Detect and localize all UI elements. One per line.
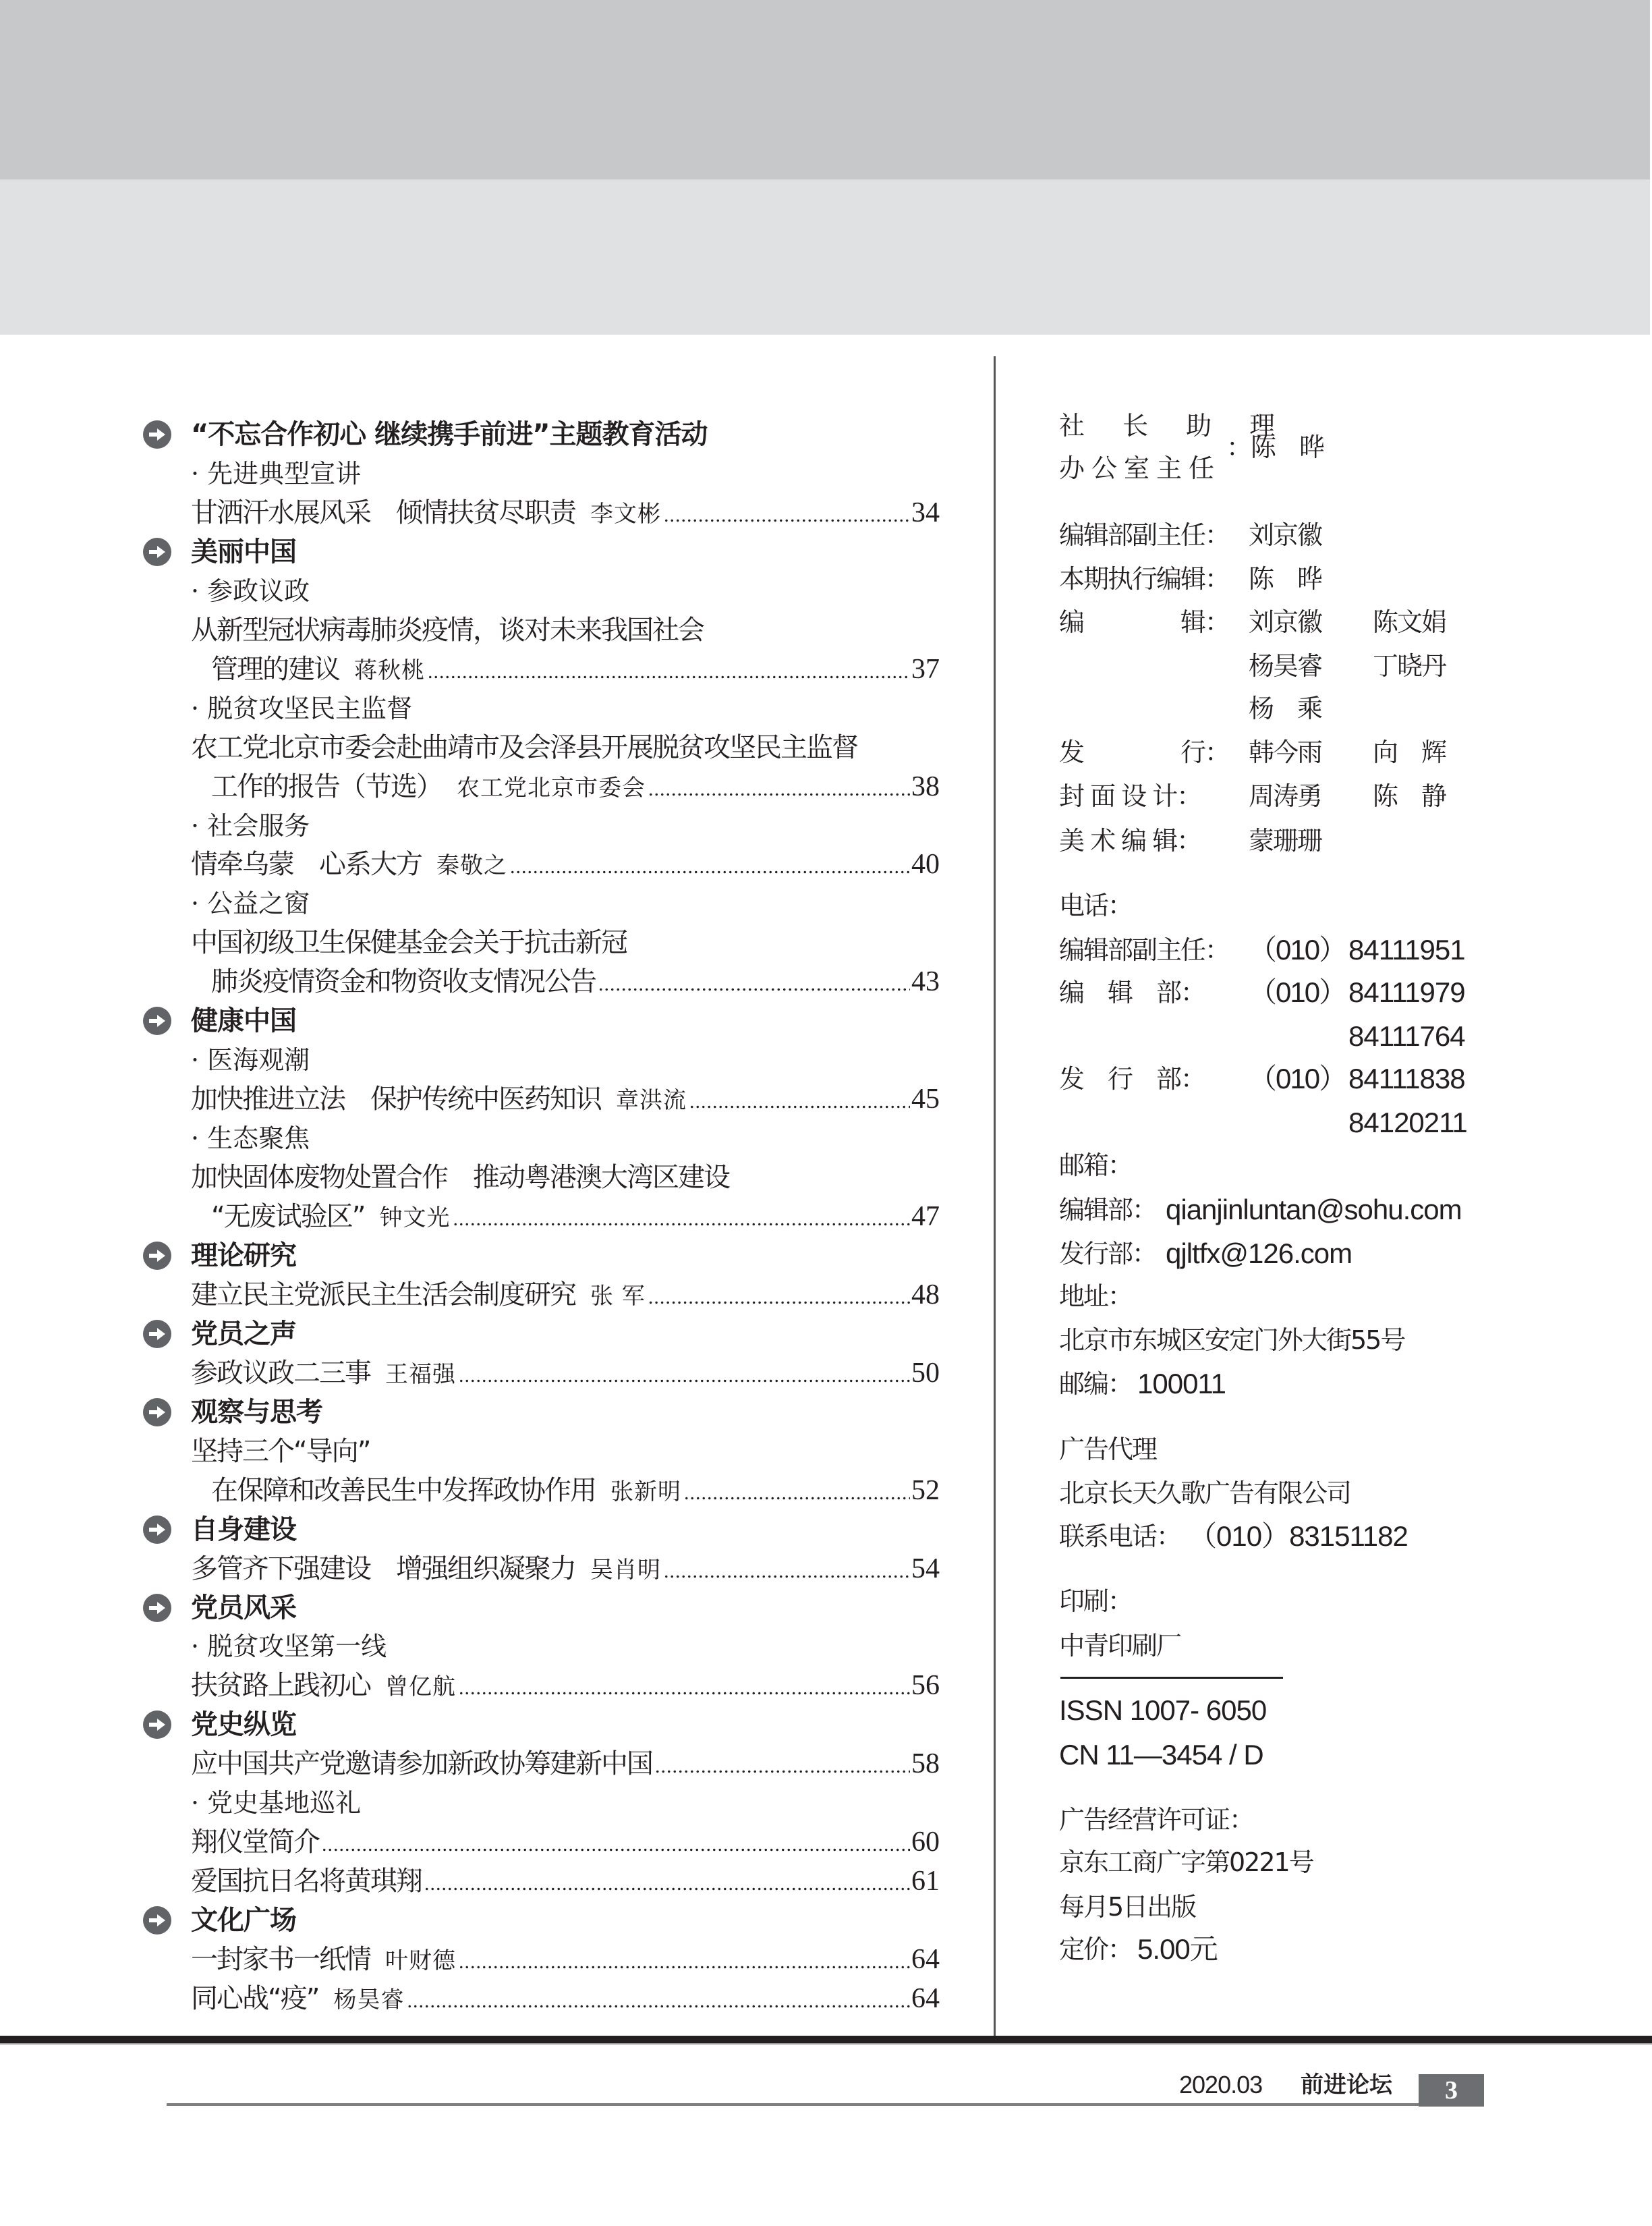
footer-issue: 2020.03 [1179, 2065, 1262, 2105]
article-author: 杨昊睿 [333, 1983, 404, 2017]
dot-leader [510, 850, 910, 884]
page-ref[interactable]: 45 [911, 1082, 940, 1116]
toc-entry[interactable]: 在保障和改善民生中发挥政协作用张新明52 [191, 1474, 940, 1507]
dot-leader [664, 499, 910, 532]
article-title: 加快固体废物处置合作 推动粤港澳大湾区建设 [191, 1161, 729, 1194]
toc-subsection-label: · 先进典型宣讲 [191, 457, 940, 491]
article-title: 中国初级卫生保健基金会关于抗击新冠 [191, 926, 627, 959]
phone-number: 84111951 [1348, 933, 1465, 967]
toc-entry[interactable]: 应中国共产党邀请参加新政协筹建新中国58 [191, 1747, 940, 1781]
arrow-right-circle-icon [143, 1515, 171, 1544]
arrow-right-circle-icon [143, 1398, 171, 1426]
ad-agent-name: 北京长天久歌广告有限公司 [1059, 1476, 1350, 1510]
price-value: 5.00元 [1137, 1932, 1218, 1966]
dot-leader [648, 773, 910, 806]
article-title: 一封家书一纸情 [191, 1943, 370, 1976]
publish-schedule: 每月5日出版 [1059, 1890, 1195, 1924]
phone-area-code: （010） [1249, 1062, 1346, 1096]
toc-entry[interactable]: 扶贫路上践初心曾亿航56 [191, 1669, 940, 1702]
arrow-right-circle-icon [143, 1320, 171, 1348]
printer-divider-rule [1060, 1677, 1283, 1679]
toc-entry[interactable]: 加快推进立法 保护传统中医药知识章洪流45 [191, 1082, 940, 1116]
dot-leader [322, 1828, 910, 1862]
staff-role-label: 发 行： [1059, 735, 1229, 769]
toc-section-heading[interactable]: “不忘合作初心 继续携手前进”主题教育活动 [191, 418, 940, 451]
staff-name: 丁晓丹 [1373, 649, 1446, 683]
dot-leader [428, 655, 910, 689]
staff-name: 刘京徽 [1249, 518, 1321, 552]
article-title: 应中国共产党邀请参加新政协筹建新中国 [191, 1747, 652, 1781]
page-ref[interactable]: 38 [911, 770, 940, 804]
article-author: 农工党北京市委会 [457, 771, 646, 805]
arrow-right-circle-icon [143, 1710, 171, 1739]
article-author: 张 军 [590, 1279, 646, 1313]
toc-entry[interactable]: 管理的建议蒋秋桃37 [191, 652, 940, 686]
toc-subsection-label: · 脱贫攻坚民主监督 [191, 692, 940, 725]
toc-article-title-line[interactable]: 中国初级卫生保健基金会关于抗击新冠 [191, 926, 940, 959]
toc-subsection-label: · 党史基地巡礼 [191, 1786, 940, 1820]
assistant-name: ：陈 晔 [1226, 430, 1323, 464]
toc-entry[interactable]: 翔仪堂简介60 [191, 1825, 940, 1859]
toc-subsection-label: · 社会服务 [191, 809, 940, 843]
article-author: 吴肖明 [590, 1553, 661, 1587]
article-title: 参政议政二三事 [191, 1356, 370, 1390]
arrow-right-circle-icon [143, 420, 171, 449]
page-ref[interactable]: 54 [911, 1552, 940, 1586]
page-ref[interactable]: 52 [911, 1474, 940, 1507]
phone-number: 84111764 [1348, 1020, 1465, 1053]
header-band-light [0, 179, 1650, 335]
dot-leader [453, 1202, 910, 1236]
page-ref[interactable]: 34 [911, 496, 940, 530]
printer-name: 中青印刷厂 [1059, 1629, 1180, 1663]
staff-name: 陈文娟 [1373, 605, 1446, 639]
phone-label: 编辑部副主任： [1059, 933, 1229, 967]
phone-area-code: （010） [1249, 976, 1346, 1009]
page-number: 3 [1419, 2074, 1484, 2107]
cn-number: CN 11—3454 / D [1059, 1738, 1263, 1772]
toc-section-heading[interactable]: 党史纵览 [191, 1708, 940, 1742]
email-label: 发行部： [1059, 1237, 1156, 1271]
postcode-label: 邮编： [1059, 1367, 1132, 1401]
toc-section-heading[interactable]: 自身建设 [191, 1513, 940, 1547]
toc-entry[interactable]: 多管齐下强建设 增强组织凝聚力吴肖明54 [191, 1552, 940, 1586]
article-author: 王福强 [385, 1358, 456, 1391]
article-title: 同心战“疫” [191, 1982, 318, 2015]
page-ref[interactable]: 43 [911, 965, 940, 999]
toc-section-heading[interactable]: 观察与思考 [191, 1395, 940, 1429]
arrow-right-circle-icon [143, 1906, 171, 1935]
phone-heading: 电话： [1059, 889, 1132, 922]
article-title: 多管齐下强建设 增强组织凝聚力 [191, 1552, 575, 1586]
toc-entry[interactable]: 建立民主党派民主生活会制度研究张 军48 [191, 1278, 940, 1312]
staff-role-label: 本期执行编辑： [1059, 562, 1229, 596]
dot-leader [664, 1555, 910, 1588]
print-heading: 印刷： [1059, 1584, 1132, 1618]
article-title: 翔仪堂简介 [191, 1825, 319, 1859]
article-author: 钟文光 [379, 1201, 450, 1235]
article-author: 叶财德 [385, 1944, 456, 1978]
price-label: 定价： [1059, 1932, 1132, 1966]
toc-entry[interactable]: 肺炎疫情资金和物资收支情况公告43 [191, 965, 940, 999]
page-ref[interactable]: 61 [911, 1864, 940, 1898]
address-text: 北京市东城区安定门外大街55号 [1059, 1323, 1404, 1357]
email-address[interactable]: qianjinluntan@sohu.com [1166, 1193, 1462, 1227]
ad-phone-label: 联系电话： [1059, 1520, 1180, 1553]
toc-subsection-label: · 脱贫攻坚第一线 [191, 1630, 940, 1663]
toc-entry[interactable]: 工作的报告（节选）农工党北京市委会38 [191, 770, 940, 804]
arrow-right-circle-icon [143, 1007, 171, 1035]
page-ref[interactable]: 40 [911, 847, 940, 881]
article-title: 从新型冠状病毒肺炎疫情，谈对未来我国社会 [191, 613, 704, 647]
article-author: 蒋秋桃 [354, 654, 425, 688]
toc-section-heading[interactable]: 党员之声 [191, 1317, 940, 1351]
article-title: 情牵乌蒙 心系大方 [191, 847, 422, 881]
phone-label: 编 辑 部： [1059, 976, 1205, 1009]
staff-name: 蒙珊珊 [1249, 824, 1321, 858]
toc-section-heading[interactable]: 文化广场 [191, 1903, 940, 1937]
dot-leader [407, 1984, 910, 2018]
toc-subsection-label: · 公益之窗 [191, 887, 940, 920]
toc-section-heading[interactable]: 健康中国 [191, 1004, 940, 1038]
page-ref[interactable]: 48 [911, 1278, 940, 1312]
phone-area-code: （010） [1249, 933, 1346, 967]
dot-leader [459, 1671, 910, 1705]
toc-entry[interactable]: 甘洒汗水展风采 倾情扶贫尽职责李文彬34 [191, 496, 940, 530]
article-title: 农工党北京市委会赴曲靖市及会泽县开展脱贫攻坚民主监督 [191, 731, 857, 764]
staff-role-label: 美 术 编 辑： [1059, 824, 1201, 858]
toc-section-heading[interactable]: 理论研究 [191, 1239, 940, 1273]
arrow-right-circle-icon [143, 538, 171, 566]
page-ref[interactable]: 64 [911, 1982, 940, 2015]
article-author: 章洪流 [616, 1084, 687, 1117]
article-title: 管理的建议 [211, 652, 339, 686]
ad-phone-value: （010）83151182 [1189, 1520, 1408, 1553]
page-ref[interactable]: 47 [911, 1200, 940, 1233]
staff-name: 周涛勇 [1249, 779, 1321, 813]
dot-leader [684, 1476, 910, 1510]
dot-leader [689, 1085, 910, 1119]
address-heading: 地址： [1059, 1279, 1132, 1313]
article-title: 坚持三个“导向” [191, 1435, 370, 1468]
page-ref[interactable]: 56 [911, 1669, 940, 1702]
article-author: 秦敬之 [436, 849, 507, 883]
toc-entry[interactable]: 爱国抗日名将黄琪翔61 [191, 1864, 940, 1898]
phone-number: 84111979 [1348, 976, 1465, 1009]
issn: ISSN 1007- 6050 [1059, 1694, 1266, 1727]
email-label: 编辑部： [1059, 1193, 1156, 1227]
toc-entry[interactable]: 情牵乌蒙 心系大方秦敬之40 [191, 847, 940, 881]
ad-license-number: 京东工商广字第0221号 [1059, 1845, 1313, 1879]
arrow-right-circle-icon [143, 1242, 171, 1270]
page-ref[interactable]: 64 [911, 1943, 940, 1976]
article-author: 曾亿航 [385, 1670, 456, 1704]
staff-name: 向 辉 [1373, 735, 1446, 769]
assistant-label-line2: 办公室主任 [1059, 451, 1221, 485]
article-title: 在保障和改善民生中发挥政协作用 [211, 1474, 596, 1507]
bottom-bar [0, 2036, 1652, 2044]
article-title: 扶贫路上践初心 [191, 1669, 370, 1702]
column-divider [994, 356, 996, 2036]
staff-role-label: 封 面 设 计： [1059, 779, 1201, 813]
article-title: 肺炎疫情资金和物资收支情况公告 [211, 965, 596, 999]
toc-subsection-label: · 参政议政 [191, 574, 940, 608]
toc-entry[interactable]: “无废试验区”钟文光47 [191, 1200, 940, 1233]
article-author: 张新明 [610, 1475, 681, 1509]
ad-license-heading: 广告经营许可证： [1059, 1803, 1253, 1837]
postcode-value: 100011 [1137, 1367, 1226, 1401]
staff-name: 刘京徽 [1249, 605, 1321, 639]
toc-article-title-line[interactable]: 加快固体废物处置合作 推动粤港澳大湾区建设 [191, 1161, 940, 1194]
staff-role-label: 编 辑： [1059, 605, 1229, 639]
dot-leader [655, 1750, 910, 1783]
page-ref[interactable]: 50 [911, 1356, 940, 1390]
email-address[interactable]: qjltfx@126.com [1166, 1237, 1352, 1271]
footer-magazine-title: 前进论坛 [1301, 2065, 1392, 2105]
toc-entry[interactable]: 一封家书一纸情叶财德64 [191, 1943, 940, 1976]
staff-name: 陈 静 [1373, 779, 1446, 813]
phone-number: 84120211 [1348, 1106, 1467, 1140]
staff-name: 陈 晔 [1249, 562, 1321, 596]
article-title: 工作的报告（节选） [211, 770, 442, 804]
dot-leader [648, 1281, 910, 1314]
header-band-dark [0, 0, 1650, 179]
article-title: 建立民主党派民主生活会制度研究 [191, 1278, 575, 1312]
toc-article-title-line[interactable]: 坚持三个“导向” [191, 1435, 940, 1468]
article-title: 甘洒汗水展风采 倾情扶贫尽职责 [191, 496, 575, 530]
toc-article-title-line[interactable]: 从新型冠状病毒肺炎疫情，谈对未来我国社会 [191, 613, 940, 647]
toc-section-heading[interactable]: 美丽中国 [191, 535, 940, 569]
phone-label: 发 行 部： [1059, 1062, 1205, 1096]
staff-name: 杨 乘 [1249, 692, 1321, 725]
page-ref[interactable]: 58 [911, 1747, 940, 1781]
toc-subsection-label: · 生态聚焦 [191, 1121, 940, 1155]
toc-article-title-line[interactable]: 农工党北京市委会赴曲靖市及会泽县开展脱贫攻坚民主监督 [191, 731, 940, 764]
article-title: 加快推进立法 保护传统中医药知识 [191, 1082, 601, 1116]
staff-role-label: 编辑部副主任： [1059, 518, 1229, 552]
article-title: 爱国抗日名将黄琪翔 [191, 1864, 422, 1898]
toc-entry[interactable]: 同心战“疫”杨昊睿64 [191, 1982, 940, 2015]
dot-leader [424, 1867, 910, 1901]
staff-name: 杨昊睿 [1249, 649, 1321, 683]
toc-entry[interactable]: 参政议政二三事王福强50 [191, 1356, 940, 1390]
dot-leader [459, 1945, 910, 1979]
ad-agent-heading: 广告代理 [1059, 1432, 1156, 1466]
arrow-right-circle-icon [143, 1594, 171, 1622]
page-ref[interactable]: 60 [911, 1825, 940, 1859]
article-author: 李文彬 [590, 497, 661, 531]
dot-leader [598, 968, 910, 1001]
toc-section-heading[interactable]: 党员风采 [191, 1591, 940, 1625]
email-heading: 邮箱： [1059, 1148, 1132, 1182]
dot-leader [459, 1359, 910, 1393]
article-title: “无废试验区” [211, 1200, 364, 1233]
page-ref[interactable]: 37 [911, 652, 940, 686]
toc-subsection-label: · 医海观潮 [191, 1043, 940, 1077]
staff-name: 韩今雨 [1249, 735, 1321, 769]
phone-number: 84111838 [1348, 1062, 1465, 1096]
